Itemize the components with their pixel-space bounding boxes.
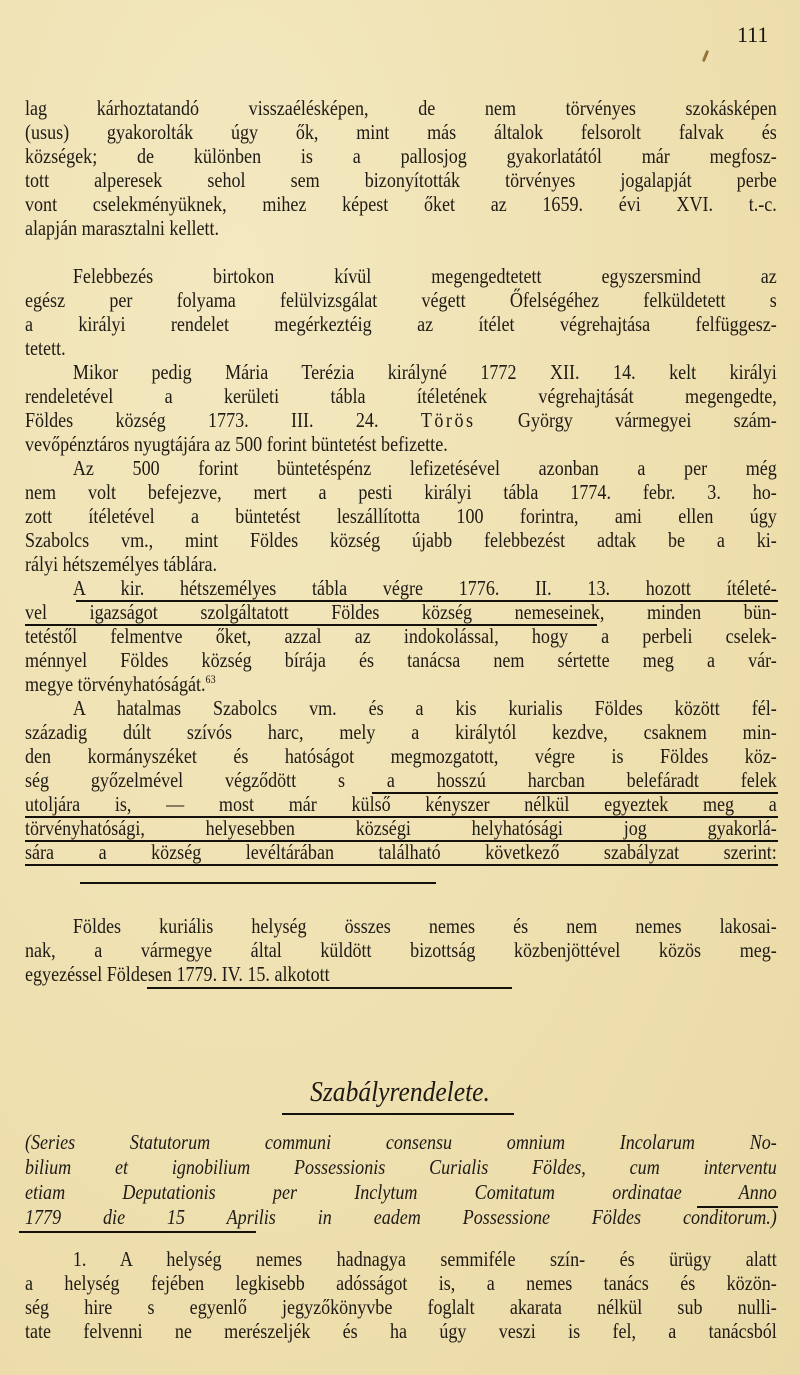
document-page: 111 lag kárhoztatandó visszaélésképen, d… (0, 0, 800, 1375)
text-line: századig dúlt szívós harc, mely a király… (25, 720, 777, 744)
text-line: rendeletével a kerületi tábla ítéletének… (25, 384, 777, 408)
text-line: rályi hétszemélyes táblára. (25, 552, 777, 576)
text-line: utoljára is, — most már külső kényszer n… (25, 792, 777, 816)
text-line: ség hire s egyenlő jegyzőkönyvbe foglalt… (25, 1295, 777, 1319)
text-line: tetéstől felmentve őket, azzal az indoko… (25, 624, 777, 648)
text-line: 1779 die 15 Aprilis in eadem Possessione… (25, 1205, 777, 1229)
text-line: ség győzelmével végződött s a hosszú har… (25, 768, 777, 792)
text-line: sára a község levéltárában található köv… (25, 840, 777, 864)
text-line: bilium et ignobilium Possessionis Curial… (25, 1155, 777, 1179)
text-line: egész per folyama felülvizsgálat végett … (25, 288, 777, 312)
text-line: alapján marasztalni kellett. (25, 216, 777, 240)
text-line: Az 500 forint büntetéspénz lefizetésével… (25, 456, 777, 480)
text-span: Földes község 1773. III. 24. (25, 408, 378, 432)
text-line: a királyi rendelet megérkeztéig az ítéle… (25, 312, 777, 336)
text-line: etiam Deputationis per Inclytum Comitatu… (25, 1180, 777, 1204)
text-line: Földes község 1773. III. 24. Törös Györg… (25, 408, 777, 432)
underline (282, 1113, 514, 1115)
text-line: nak, a vármegye által küldött bizottság … (25, 938, 777, 962)
text-line: Mikor pedig Mária Terézia királyné 1772 … (25, 360, 777, 384)
text-line: Szabolcs vm., mint Földes község újabb f… (25, 528, 777, 552)
text-line: lag kárhoztatandó visszaélésképen, de ne… (25, 96, 777, 120)
text-line: 1. A helység nemes hadnagya semmiféle sz… (25, 1247, 777, 1271)
text-line: törvényhatósági, helyesebben községi hel… (25, 816, 777, 840)
section-title: Szabályrendelete. (48, 1076, 752, 1109)
text-line: (Series Statutorum communi consensu omni… (25, 1130, 777, 1154)
underline (19, 1231, 256, 1233)
text-line: (usus) gyakorolták úgy ők, mint más álta… (25, 120, 777, 144)
text-line: den kormányszéket és hatóságot megmozgat… (25, 744, 777, 768)
text-line: tott alperesek sehol sem bizonyították t… (25, 168, 777, 192)
text-line: községek; de különben is a pallosjog gya… (25, 144, 777, 168)
text-line: vont cselekményüknek, mihez képest őket … (25, 192, 777, 216)
text-line: nem volt befejezve, mert a pesti királyi… (25, 480, 777, 504)
text-line: megye törvényhatóságát.63 (25, 672, 777, 696)
text-line: egyezéssel Földesen 1779. IV. 15. alkoto… (25, 962, 777, 986)
text-span: György vármegyei szám- (518, 408, 777, 432)
text-line: Földes kuriális helység összes nemes és … (25, 914, 777, 938)
text-line: a helység fejében legkisebb adósságot is… (25, 1271, 777, 1295)
underline (25, 864, 778, 866)
pencil-mark (702, 50, 709, 62)
footnote-ref: 63 (206, 672, 216, 686)
spaced-name: Törös (421, 408, 476, 432)
text-line: tate felvenni ne merészeljék és ha úgy v… (25, 1319, 777, 1343)
text-line: ménnyel Földes község bírája és tanácsa … (25, 648, 777, 672)
text-line: zott ítéletével a büntetést leszállított… (25, 504, 777, 528)
text-line: A kir. hétszemélyes tábla végre 1776. II… (25, 576, 777, 600)
text-line: A hatalmas Szabolcs vm. és a kis kuriali… (25, 696, 777, 720)
text-line: tetett. (25, 336, 777, 360)
text-line: vel igazságot szolgáltatott Földes közsé… (25, 600, 777, 624)
text-line: Felebbezés birtokon kívül megengedtetett… (25, 264, 777, 288)
underline (147, 987, 512, 989)
text-line: vevőpénztáros nyugtájára az 500 forint b… (25, 432, 777, 456)
underline (80, 882, 436, 884)
page-number: 111 (737, 22, 768, 48)
text-span: megye törvényhatóságát. (25, 672, 206, 696)
